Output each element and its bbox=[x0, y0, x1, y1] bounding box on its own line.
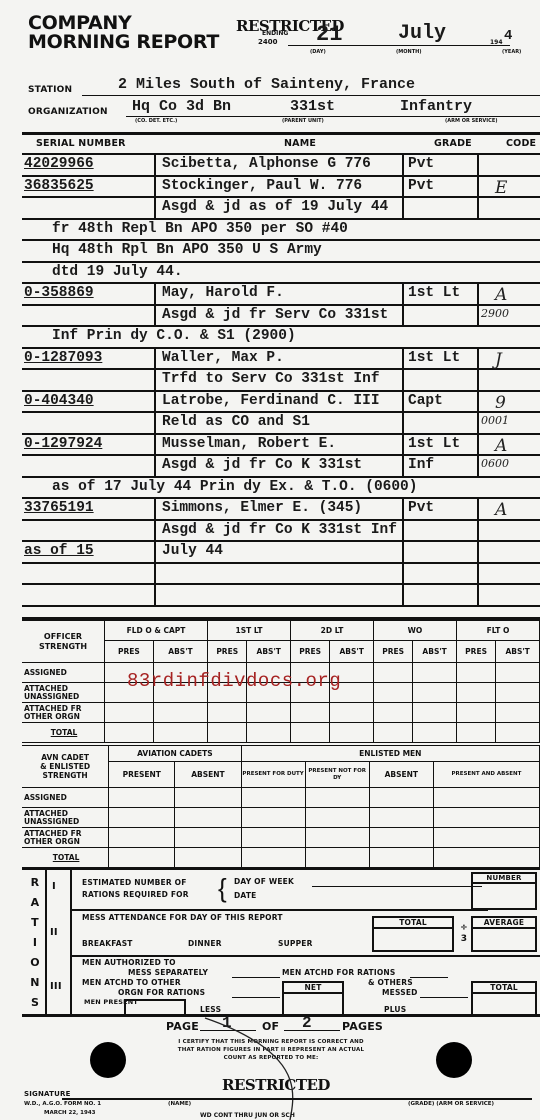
signature-pen-stroke bbox=[0, 0, 540, 1120]
signature-label: SIGNATURE bbox=[24, 1090, 71, 1098]
bottom-note: WD CONT THRU JUN OR SCH bbox=[200, 1112, 295, 1119]
form-date: MARCH 22, 1943 bbox=[44, 1110, 96, 1116]
grade-caption: (GRADE) (ARM OR SERVICE) bbox=[408, 1101, 494, 1107]
form-number: W.D., A.G.O. FORM NO. 1 bbox=[24, 1101, 101, 1107]
name-caption: (NAME) bbox=[168, 1101, 191, 1107]
signature-field[interactable] bbox=[62, 1098, 532, 1100]
